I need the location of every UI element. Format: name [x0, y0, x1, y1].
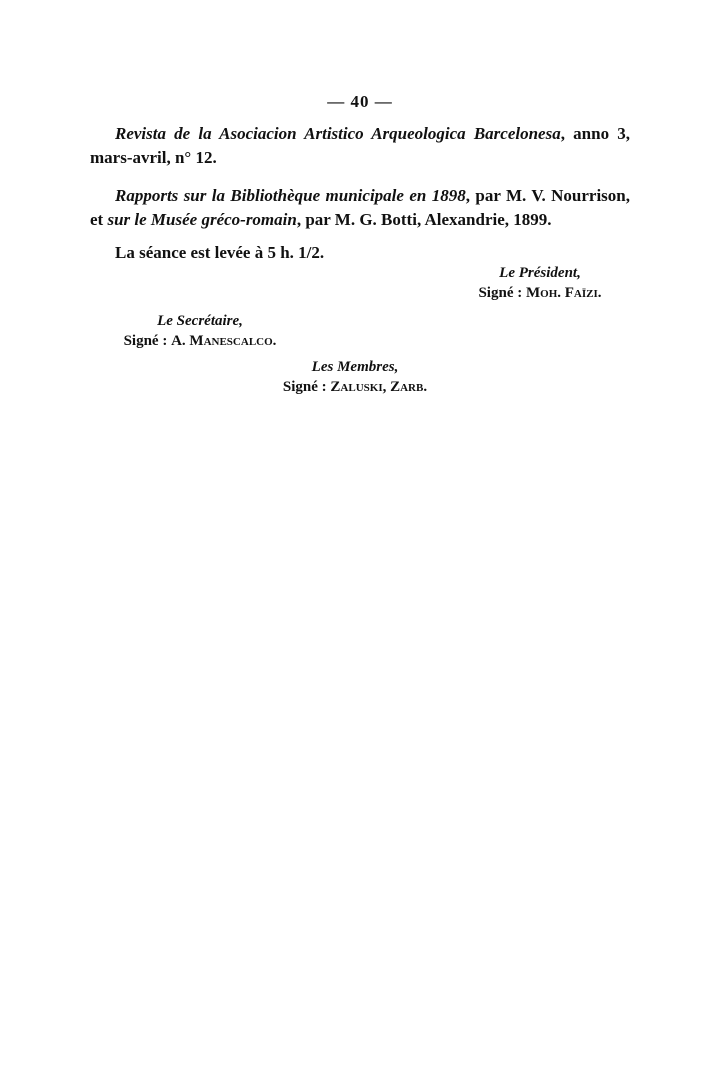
signature-prefix: Signé :: [124, 333, 172, 349]
publication-author-2: , par M. G. Botti, Alexandrie, 1899.: [297, 210, 552, 229]
signature-president: Le Président, Signé : Moh. Faïzi.: [450, 263, 630, 303]
signature-line: Signé : A. Manescalco.: [105, 331, 295, 351]
signature-line: Signé : Zaluski, Zarb.: [270, 377, 440, 397]
page-number: — 40 —: [0, 92, 720, 112]
publication-title-1: Rapports sur la Bibliothèque municipale …: [115, 186, 466, 205]
signature-secretaire: Le Secrétaire, Signé : A. Manescalco.: [105, 311, 295, 351]
signature-prefix: Signé :: [478, 285, 526, 301]
signature-title: Le Secrétaire,: [105, 311, 295, 331]
paragraph-seance-levee: La séance est levée à 5 h. 1/2.: [115, 241, 515, 265]
paragraph-rapports: Rapports sur la Bibliothèque municipale …: [90, 184, 630, 232]
signature-name: A. Manescalco.: [171, 333, 276, 349]
document-page: — 40 — Revista de la Asociacion Artistic…: [0, 0, 720, 1082]
signature-name: Moh. Faïzi.: [526, 285, 602, 301]
signature-title: Les Membres,: [270, 357, 440, 377]
signature-name: Zaluski, Zarb.: [330, 379, 427, 395]
publication-title: Revista de la Asociacion Artistico Arque…: [115, 124, 561, 143]
signature-membres: Les Membres, Signé : Zaluski, Zarb.: [270, 357, 440, 397]
signature-prefix: Signé :: [283, 379, 331, 395]
signature-title: Le Président,: [450, 263, 630, 283]
publication-title-2: sur le Musée gréco-romain: [107, 210, 296, 229]
signature-line: Signé : Moh. Faïzi.: [450, 283, 630, 303]
paragraph-revista: Revista de la Asociacion Artistico Arque…: [90, 122, 630, 170]
